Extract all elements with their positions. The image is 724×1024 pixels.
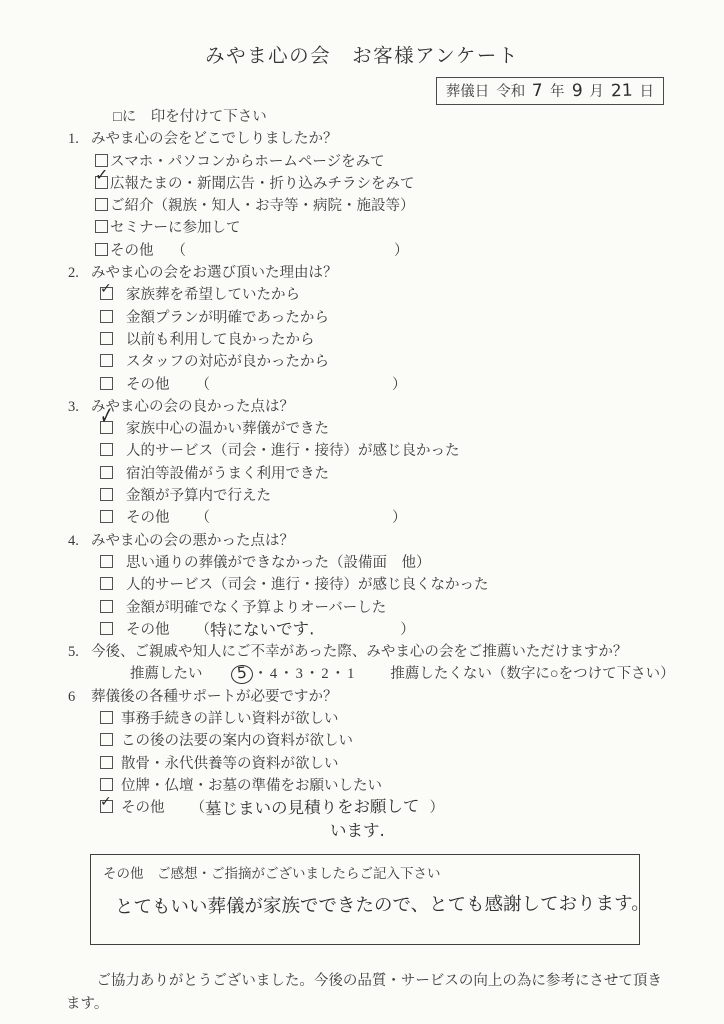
option-label: 家族中心の温かい葬儀ができた xyxy=(126,421,329,437)
question-number: 1. xyxy=(68,128,91,150)
option-row: ✓金額が明確でなく予算よりオーバーした xyxy=(100,597,724,619)
rating-other-values[interactable]: ・4・3・2・1 xyxy=(253,666,356,682)
paren-close: ） xyxy=(400,622,415,638)
option-label: セミナーに参加して xyxy=(110,220,241,236)
year-unit: 年 xyxy=(550,80,565,101)
option-row: ✓ご紹介（親族・知人・お寺等・病院・施設等） xyxy=(95,195,724,217)
checkbox[interactable]: ✓ xyxy=(100,332,113,345)
checkbox[interactable]: ✓ xyxy=(100,800,113,813)
date-label: 葬儀日 xyxy=(446,80,490,101)
other-fill-handwriting[interactable]: 墓じまいの見積りをお願して xyxy=(205,796,420,821)
paren-close: ） xyxy=(392,510,407,526)
question-6: 6葬儀後の各種サポートが必要ですか？ xyxy=(68,686,724,708)
checkbox[interactable]: ✓ xyxy=(100,600,113,613)
rating-left-label: 推薦したい xyxy=(130,666,203,682)
paren-close: ） xyxy=(430,800,445,816)
option-label: その他 xyxy=(126,622,170,638)
checkbox[interactable]: ✓ xyxy=(100,778,113,791)
option-row: ✓事務手続きの詳しい資料が欲しい xyxy=(100,708,724,730)
option-row-other: ✓その他（） xyxy=(100,507,724,529)
checkbox[interactable]: ✓ xyxy=(95,176,108,189)
option-label: スマホ・パソコンからホームページをみて xyxy=(110,154,385,170)
option-label: 散骨・永代供養等の資料が欲しい xyxy=(121,756,339,772)
option-label: スタッフの対応が良かったから xyxy=(126,354,329,370)
closing-note: ご協力ありがとうございました。今後の品質・サービスの向上の為に参考にさせて頂きま… xyxy=(66,970,668,1017)
option-row: ✓人的サービス（司会・進行・接待）が感じ良かった xyxy=(100,440,724,462)
paren-open: （ xyxy=(191,800,206,816)
checkbox[interactable]: ✓ xyxy=(100,354,113,367)
option-label: その他 xyxy=(121,800,165,816)
option-label: その他 xyxy=(126,377,170,393)
option-label: 金額が明確でなく予算よりオーバーした xyxy=(126,600,386,616)
survey-page: みやま心の会 お客様アンケート 葬儀日 令和 7 年 9 月 21 日 □に 印… xyxy=(0,0,724,1024)
option-label: 家族葬を希望していたから xyxy=(126,287,300,303)
question-number: 6 xyxy=(68,686,91,708)
option-label: 宿泊等設備がうまく利用できた xyxy=(126,466,329,482)
option-row-other: ✓その他（） xyxy=(95,240,724,262)
page-title: みやま心の会 お客様アンケート xyxy=(0,0,724,68)
checkbox[interactable]: ✓ xyxy=(100,510,113,523)
checkbox[interactable]: ✓ xyxy=(95,243,108,256)
checkbox[interactable]: ✓ xyxy=(100,466,113,479)
checkbox[interactable]: ✓ xyxy=(100,622,113,635)
option-row: ✓以前も利用して良かったから xyxy=(100,329,724,351)
option-label: ご紹介（親族・知人・お寺等・病院・施設等） xyxy=(110,198,415,214)
option-label: 金額が予算内で行えた xyxy=(126,488,271,504)
question-number: 3. xyxy=(68,396,91,418)
checkbox[interactable]: ✓ xyxy=(100,577,113,590)
question-number: 2. xyxy=(68,262,91,284)
question-3: 3.みやま心の会の良かった点は？ xyxy=(68,396,724,418)
checkbox[interactable]: ✓ xyxy=(100,287,113,300)
option-label: 人的サービス（司会・進行・接待）が感じ良かった xyxy=(126,443,460,459)
option-row-other: ✓その他（特にないです.） xyxy=(100,619,724,641)
other-fill-handwriting[interactable]: 特にないです. xyxy=(210,618,315,642)
option-label: 事務手続きの詳しい資料が欲しい xyxy=(121,711,339,727)
option-row: ✓位牌・仏壇・お墓の準備をお願いしたい xyxy=(100,775,724,797)
question-number: 5. xyxy=(68,641,91,663)
day-value[interactable]: 21 xyxy=(611,84,633,99)
option-label: その他 xyxy=(126,510,170,526)
question-text: 今後、ご親戚や知人にご不幸があった際、みやま心の会をご推薦いただけますか？ xyxy=(91,644,627,660)
rating-right-label: 推薦したくない（数字に○をつけて下さい） xyxy=(390,666,674,682)
paren-open: （ xyxy=(196,377,211,393)
check-icon: ✓ xyxy=(100,281,112,297)
option-row: ✓金額が予算内で行えた xyxy=(100,485,724,507)
question-text: みやま心の会の悪かった点は？ xyxy=(91,533,294,549)
day-unit: 日 xyxy=(640,80,655,101)
option-row-other: ✓その他（） xyxy=(100,374,724,396)
check-icon: ✓ xyxy=(100,404,113,429)
paren-close: ） xyxy=(392,377,407,393)
month-value[interactable]: 9 xyxy=(571,84,582,98)
paren-open: （ xyxy=(196,622,211,638)
question-5: 5.今後、ご親戚や知人にご不幸があった際、みやま心の会をご推薦いただけますか？ xyxy=(68,641,724,663)
date-row: 葬儀日 令和 7 年 9 月 21 日 xyxy=(0,77,724,105)
funeral-date-box: 葬儀日 令和 7 年 9 月 21 日 xyxy=(436,77,664,105)
question-4: 4.みやま心の会の悪かった点は？ xyxy=(68,530,724,552)
option-label: 以前も利用して良かったから xyxy=(126,332,315,348)
option-row: ✓スマホ・パソコンからホームページをみて xyxy=(95,151,724,173)
rating-row: 推薦したい5・4・3・2・1推薦したくない（数字に○をつけて下さい） xyxy=(130,663,724,685)
option-label: その他 xyxy=(110,243,154,259)
checkbox[interactable]: ✓ xyxy=(100,310,113,323)
option-row-other: ✓その他（墓じまいの見積りをお願して） xyxy=(100,797,724,819)
rating-selected-circle[interactable]: 5 xyxy=(230,665,253,686)
option-row: ✓金額プランが明確であったから xyxy=(100,307,724,329)
option-row: ✓宿泊等設備がうまく利用できた xyxy=(100,463,724,485)
option-row: ✓広報たまの・新聞広告・折り込みチラシをみて xyxy=(95,173,724,195)
option-row: ✓思い通りの葬儀ができなかった（設備面 他） xyxy=(100,552,724,574)
check-instruction: □に 印を付けて下さい xyxy=(113,106,724,128)
checkbox[interactable]: ✓ xyxy=(100,421,113,434)
option-row: ✓この後の法要の案内の資料が欲しい xyxy=(100,730,724,752)
paren-open: （ xyxy=(196,510,211,526)
question-number: 4. xyxy=(68,530,91,552)
question-text: 葬儀後の各種サポートが必要ですか？ xyxy=(91,689,338,705)
option-label: 思い通りの葬儀ができなかった（設備面 他） xyxy=(126,555,431,571)
year-value[interactable]: 7 xyxy=(532,84,543,98)
option-row: ✓スタッフの対応が良かったから xyxy=(100,351,724,373)
option-label: 広報たまの・新聞広告・折り込みチラシをみて xyxy=(110,176,415,192)
checkbox[interactable]: ✓ xyxy=(100,377,113,390)
question-text: みやま心の会をお選び頂いた理由は？ xyxy=(91,265,338,281)
option-row: ✓散骨・永代供養等の資料が欲しい xyxy=(100,753,724,775)
paren-close: ） xyxy=(394,243,409,259)
comment-box[interactable]: その他 ご感想・ご指摘がございましたらご記入下さい とてもいい葬儀が家族でできた… xyxy=(90,854,640,945)
checkbox[interactable]: ✓ xyxy=(100,555,113,568)
check-icon: ✓ xyxy=(95,167,108,183)
checkbox[interactable]: ✓ xyxy=(95,220,108,233)
other-fill-handwriting-continued: います. xyxy=(330,820,385,841)
option-label: 金額プランが明確であったから xyxy=(126,310,329,326)
option-label: 位牌・仏壇・お墓の準備をお願いしたい xyxy=(121,778,382,794)
option-row: ✓セミナーに参加して xyxy=(95,217,724,239)
checkbox[interactable]: ✓ xyxy=(100,711,113,724)
month-unit: 月 xyxy=(589,80,604,101)
option-row: ✓家族中心の温かい葬儀ができた xyxy=(100,418,724,440)
comment-handwriting: とてもいい葬儀が家族でできたので、とても感謝しております。 xyxy=(115,889,650,919)
checkbox[interactable]: ✓ xyxy=(100,488,113,501)
option-row: ✓人的サービス（司会・進行・接待）が感じ良くなかった xyxy=(100,574,724,596)
checkbox[interactable]: ✓ xyxy=(95,198,108,211)
checkbox[interactable]: ✓ xyxy=(100,756,113,769)
question-text: みやま心の会の良かった点は？ xyxy=(91,399,294,415)
comment-box-label: その他 ご感想・ご指摘がございましたらご記入下さい xyxy=(103,862,629,882)
checkbox[interactable]: ✓ xyxy=(100,733,113,746)
option-row: ✓家族葬を希望していたから xyxy=(100,284,724,306)
option-label: この後の法要の案内の資料が欲しい xyxy=(121,733,353,749)
checkbox[interactable]: ✓ xyxy=(100,443,113,456)
check-icon: ✓ xyxy=(100,794,112,810)
question-1: 1.みやま心の会をどこでしりましたか？ xyxy=(68,128,724,150)
question-2: 2.みやま心の会をお選び頂いた理由は？ xyxy=(68,262,724,284)
era-label: 令和 xyxy=(496,80,525,101)
paren-open: （ xyxy=(172,243,187,259)
question-text: みやま心の会をどこでしりましたか？ xyxy=(91,131,338,147)
option-label: 人的サービス（司会・進行・接待）が感じ良くなかった xyxy=(126,577,489,593)
